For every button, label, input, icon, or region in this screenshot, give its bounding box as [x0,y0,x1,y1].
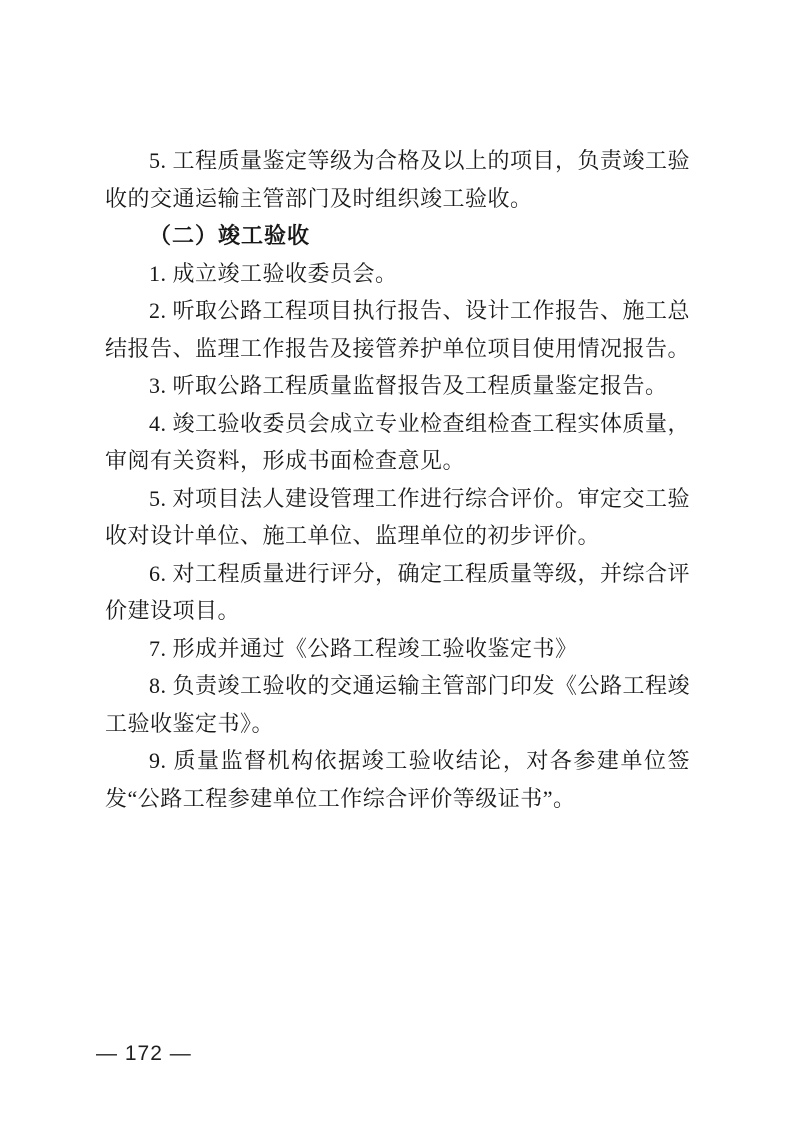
page-number: — 172 — [96,1042,192,1065]
paragraph-step-9: 9. 质量监督机构依据竣工验收结论，对各参建单位签发“公路工程参建单位工作综合评… [105,742,690,817]
paragraph-step-5: 5. 对项目法人建设管理工作进行综合评价。审定交工验收对设计单位、施工单位、监理… [105,480,690,555]
paragraph-item5-carryover: 5. 工程质量鉴定等级为合格及以上的项目，负责竣工验收的交通运输主管部门及时组织… [105,142,690,217]
paragraph-step-2: 2. 听取公路工程项目执行报告、设计工作报告、施工总结报告、监理工作报告及接管养… [105,292,690,367]
document-content: 5. 工程质量鉴定等级为合格及以上的项目，负责竣工验收的交通运输主管部门及时组织… [105,142,690,817]
paragraph-step-1: 1. 成立竣工验收委员会。 [105,255,690,293]
document-page: 5. 工程质量鉴定等级为合格及以上的项目，负责竣工验收的交通运输主管部门及时组织… [0,0,793,1122]
page-footer: — 172 — [96,1042,192,1066]
paragraph-step-3: 3. 听取公路工程质量监督报告及工程质量鉴定报告。 [105,367,690,405]
paragraph-step-8: 8. 负责竣工验收的交通运输主管部门印发《公路工程竣工验收鉴定书》。 [105,667,690,742]
section-heading-completion-acceptance: （二）竣工验收 [105,217,690,255]
paragraph-step-6: 6. 对工程质量进行评分，确定工程质量等级，并综合评价建设项目。 [105,555,690,630]
paragraph-step-4: 4. 竣工验收委员会成立专业检查组检查工程实体质量，审阅有关资料，形成书面检查意… [105,405,690,480]
paragraph-step-7: 7. 形成并通过《公路工程竣工验收鉴定书》 [105,630,690,668]
